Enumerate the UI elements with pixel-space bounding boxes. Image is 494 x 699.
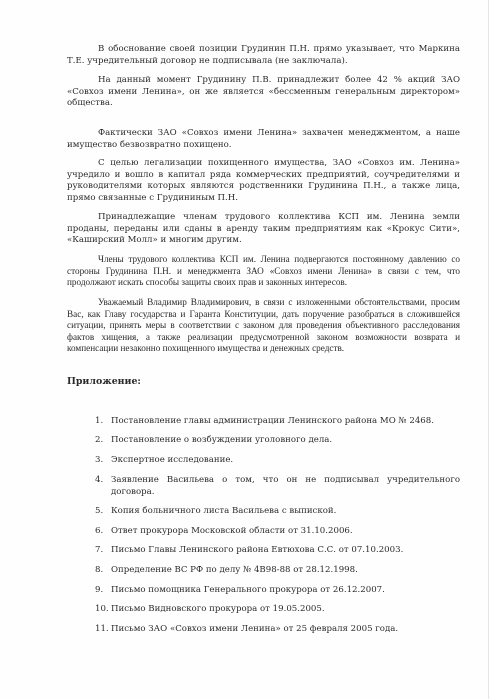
list-number: 10. xyxy=(95,604,111,616)
paragraph-6: Члены трудового коллектива КСП им. Ленин… xyxy=(67,254,460,289)
list-number: 8. xyxy=(95,565,111,577)
list-number: 2. xyxy=(95,435,111,447)
list-text: Определение ВС РФ по делу № 4В98-88 от 2… xyxy=(111,565,460,577)
list-number: 4. xyxy=(95,475,111,487)
paragraph-2: На данный момент Грудинину П.В. принадле… xyxy=(67,75,460,110)
list-text: Постановление о возбуждении уголовного д… xyxy=(111,435,460,447)
list-number: 1. xyxy=(95,416,111,428)
paragraph-7: Уважаемый Владимир Владимирович, в связи… xyxy=(67,297,460,355)
list-number: 9. xyxy=(95,585,111,597)
paragraph-5: Принадлежащие членам трудового коллектив… xyxy=(67,212,460,247)
list-number: 3. xyxy=(95,455,111,467)
list-text: Письмо Видновского прокурора от 19.05.20… xyxy=(111,604,460,616)
list-number: 5. xyxy=(95,506,111,518)
list-text: Заявление Васильева о том, что он не под… xyxy=(111,475,460,498)
list-item: 5.Копия больничного листа Васильева с вы… xyxy=(95,506,460,518)
paragraph-3: Фактически ЗАО «Совхоз имени Ленина» зах… xyxy=(67,128,460,151)
list-text: Копия больничного листа Васильева с выпи… xyxy=(111,506,460,518)
list-item: 8.Определение ВС РФ по делу № 4В98-88 от… xyxy=(95,565,460,577)
list-item: 10.Письмо Видновского прокурора от 19.05… xyxy=(95,604,460,616)
list-text: Экспертное исследование. xyxy=(111,455,460,467)
list-text: Ответ прокурора Московской области от 31… xyxy=(111,526,460,538)
list-item: 1.Постановление главы администрации Лени… xyxy=(95,416,460,428)
list-item: 2.Постановление о возбуждении уголовного… xyxy=(95,435,460,447)
list-number: 11. xyxy=(95,624,111,636)
paragraph-4: С целью легализации похищенного имуществ… xyxy=(67,158,460,204)
list-item: 11.Письмо ЗАО «Совхоз имени Ленина» от 2… xyxy=(95,624,460,636)
list-item: 6.Ответ прокурора Московской области от … xyxy=(95,526,460,538)
list-item: 3.Экспертное исследование. xyxy=(95,455,460,467)
list-item: 7.Письмо Главы Ленинского района Евтюхов… xyxy=(95,545,460,557)
list-text: Письмо Главы Ленинского района Евтюхова … xyxy=(111,545,460,557)
list-item: 9.Письмо помощника Генерального прокурор… xyxy=(95,585,460,597)
appendix-heading: Приложение: xyxy=(67,376,141,387)
list-text: Письмо помощника Генерального прокурора … xyxy=(111,585,460,597)
document-page: В обоснование своей позиции Грудинин П.Н… xyxy=(0,0,489,699)
list-text: Постановление главы администрации Ленинс… xyxy=(111,416,460,428)
list-text: Письмо ЗАО «Совхоз имени Ленина» от 25 ф… xyxy=(111,624,460,636)
paragraph-1: В обоснование своей позиции Грудинин П.Н… xyxy=(67,44,460,67)
list-number: 6. xyxy=(95,526,111,538)
list-number: 7. xyxy=(95,545,111,557)
list-item: 4.Заявление Васильева о том, что он не п… xyxy=(95,475,460,498)
